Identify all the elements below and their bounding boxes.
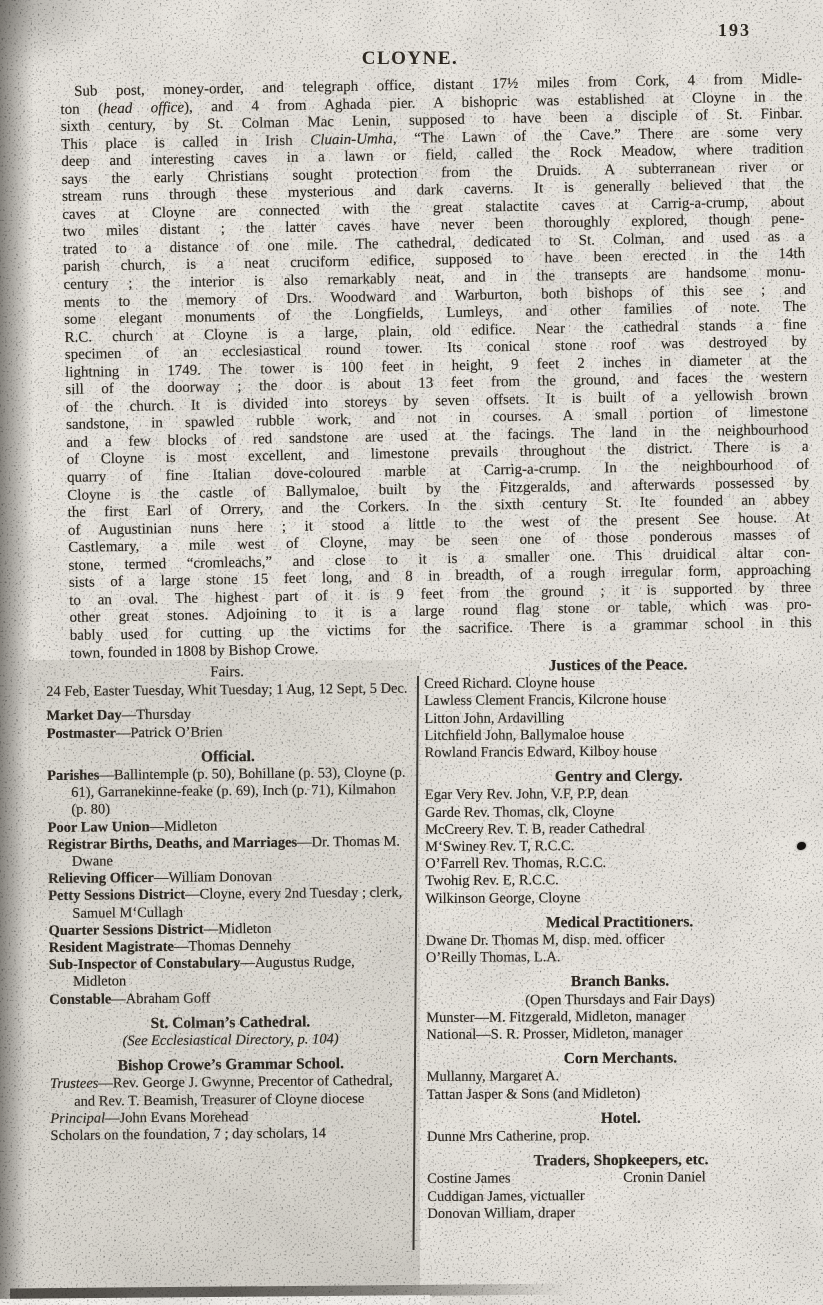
- text-segment: Principal: [50, 1110, 105, 1127]
- section: St. Colman’s Cathedral.(See Ecclesiastic…: [49, 1012, 411, 1051]
- text-segment: Trustees: [50, 1076, 98, 1092]
- text-segment: O’Farrell Rev. Thomas, R.C.C.: [425, 855, 606, 872]
- list-item: O’Reilly Thomas, L.A.: [426, 948, 814, 968]
- text-segment: Petty Sessions District: [48, 887, 185, 904]
- text-segment: Cronin Daniel: [623, 1170, 706, 1188]
- list-item: Rowland Francis Edward, Kilboy house: [425, 743, 813, 763]
- page-title: CLOYNE.: [40, 48, 780, 70]
- text-segment: Rowland Francis Edward, Kilboy house: [425, 744, 657, 761]
- section-heading: Medical Practitioners.: [426, 912, 814, 932]
- text-segment: Litton John, Ardavilling: [424, 710, 564, 727]
- section: Market Day—ThursdayPostmaster—Patrick O’…: [46, 705, 408, 743]
- text-segment: Relieving Officer: [48, 870, 154, 887]
- list-item: Registrar Births, Deaths, and Marriages—…: [48, 833, 410, 871]
- section: Gentry and Clergy.Egar Very Rev. John, V…: [425, 767, 814, 908]
- text-segment: —Midleton: [150, 818, 218, 835]
- section-heading: Official.: [47, 746, 409, 767]
- text-segment: —Rev. George J. Gwynne, Precentor of Cat…: [74, 1073, 393, 1109]
- text-segment: O’Reilly Thomas, L.A.: [426, 949, 561, 966]
- text-segment: —John Evans Morehead: [105, 1109, 249, 1126]
- text-segment: Registrar Births, Deaths, and Marriages: [48, 834, 298, 852]
- list-item: Scholars on the foundation, 7 ; day scho…: [50, 1125, 412, 1146]
- text-segment: Market Day: [46, 708, 121, 725]
- page-scan: 193 CLOYNE. Sub post, money-order, and t…: [0, 0, 823, 1305]
- text-segment: Quarter Sessions District: [48, 921, 203, 938]
- text-segment: Munster—M. Fitzgerald, Midleton, manager: [426, 1008, 685, 1026]
- section-heading: Fairs.: [46, 663, 408, 684]
- text-segment: Dunne Mrs Catherine, prop.: [427, 1128, 590, 1145]
- text-segment: Wilkinson George, Cloyne: [425, 890, 580, 907]
- section: Traders, Shopkeepers, etc.Costine JamesC…: [427, 1151, 815, 1223]
- text-segment: McCreery Rev. T. B, reader Cathedral: [425, 820, 645, 837]
- list-item: Trustees—Rev. George J. Gwynne, Precento…: [50, 1073, 412, 1111]
- section: Fairs.24 Feb, Easter Tuesday, Whit Tuesd…: [46, 663, 408, 702]
- section-heading: Branch Banks.: [426, 972, 814, 992]
- section-heading: Justices of the Peace.: [424, 656, 812, 676]
- text-segment: Poor Law Union: [47, 819, 149, 836]
- text-segment: Tattan Jasper & Sons (and Midleton): [427, 1085, 641, 1102]
- text-segment: Cluain-Umha: [310, 131, 393, 148]
- list-item: National—S. R. Prosser, Midleton, manage…: [426, 1025, 814, 1045]
- text-segment: Garde Rev. Thomas, clk, Cloyne: [425, 803, 614, 820]
- page-left-edge-shadow: [0, 0, 34, 1305]
- section-heading: Bishop Crowe’s Grammar School.: [50, 1055, 412, 1076]
- intro-paragraph: Sub post, money-order, and telegraph off…: [60, 71, 812, 663]
- text-segment: Lawless Clement Francis, Kilcrone house: [424, 692, 666, 709]
- text-segment: —Thomas Dennehy: [174, 938, 291, 955]
- text-segment: National—S. R. Prosser, Midleton, manage…: [426, 1025, 682, 1043]
- section: Justices of the Peace.Creed Richard. Clo…: [424, 656, 813, 763]
- text-segment: ton (: [60, 101, 103, 118]
- text-segment: 24 Feb, Easter Tuesday, Whit Tuesday; 1 …: [46, 681, 407, 700]
- section: Official.Parishes—Ballintemple (p. 50), …: [47, 746, 411, 1009]
- section: Hotel.Dunne Mrs Catherine, prop.: [427, 1108, 815, 1146]
- text-segment: Creed Richard. Cloyne house: [424, 675, 595, 692]
- text-segment: Scholars on the foundation, 7 ; day scho…: [50, 1125, 326, 1144]
- text-segment: Egar Very Rev. John, V.F, P.P, dean: [425, 786, 628, 803]
- text-segment: Postmaster: [47, 725, 116, 742]
- section-heading: Gentry and Clergy.: [425, 767, 813, 787]
- text-segment: —Ballintemple (p. 50), Bohillane (p. 53)…: [71, 765, 405, 819]
- left-column: Fairs.24 Feb, Easter Tuesday, Whit Tuesd…: [46, 663, 413, 1146]
- section-heading: Hotel.: [427, 1108, 815, 1128]
- text-segment: —William Donovan: [154, 869, 272, 886]
- section: Medical Practitioners.Dwane Dr. Thomas M…: [426, 912, 814, 967]
- right-column: Justices of the Peace.Creed Richard. Clo…: [424, 656, 815, 1223]
- text-segment: Dwane Dr. Thomas M, disp. med. officer: [426, 932, 665, 949]
- section-heading: Corn Merchants.: [426, 1049, 814, 1069]
- section: Bishop Crowe’s Grammar School.Trustees—R…: [50, 1055, 413, 1145]
- list-item: Wilkinson George, Cloyne: [425, 888, 813, 908]
- text-segment: Cuddigan James, victualler: [427, 1188, 585, 1205]
- text-segment: —Midleton: [204, 921, 272, 938]
- page-number: 193: [718, 20, 751, 41]
- text-segment: Donovan William, draper: [427, 1205, 575, 1222]
- section-subheading: (See Ecclesiastical Directory, p. 104): [50, 1031, 412, 1052]
- list-item: Sub-Inspector of Constabulary—Augustus R…: [49, 954, 411, 992]
- text-segment: Resident Magistrate: [49, 939, 174, 956]
- text-segment: —Abraham Goff: [111, 990, 210, 1007]
- text-segment: town, founded in 1808 by Bishop Crowe.: [70, 641, 319, 661]
- text-segment: Mullanny, Margaret A.: [427, 1069, 560, 1086]
- text-segment: —Patrick O’Brien: [116, 724, 223, 741]
- text-segment: head office: [103, 99, 184, 116]
- text-segment: —Thursday: [122, 707, 191, 724]
- list-item: 24 Feb, Easter Tuesday, Whit Tuesday; 1 …: [46, 681, 408, 702]
- section-heading: Traders, Shopkeepers, etc.: [427, 1151, 815, 1171]
- list-item: Constable—Abraham Goff: [49, 988, 411, 1009]
- text-segment: Parishes: [47, 768, 100, 785]
- section: Branch Banks.(Open Thursdays and Fair Da…: [426, 972, 814, 1044]
- text-segment: Constable: [49, 991, 111, 1008]
- section-heading: St. Colman’s Cathedral.: [49, 1012, 411, 1033]
- section: Corn Merchants.Mullanny, Margaret A.Tatt…: [426, 1049, 814, 1104]
- text-segment: Litchfield John, Ballymaloe house: [424, 727, 624, 744]
- list-item: Tattan Jasper & Sons (and Midleton): [427, 1084, 815, 1104]
- list-item: Donovan William, draper: [427, 1204, 815, 1224]
- list-item: Petty Sessions District—Cloyne, every 2n…: [48, 885, 410, 923]
- text-segment: M‘Swiney Rev. T, R.C.C.: [425, 838, 574, 855]
- text-segment: Sub-Inspector of Constabulary: [49, 955, 241, 973]
- list-item: Postmaster—Patrick O’Brien: [47, 722, 409, 743]
- text-segment: Costine James: [427, 1170, 623, 1188]
- list-item: Parishes—Ballintemple (p. 50), Bohillane…: [47, 765, 409, 820]
- text-segment: Twohig Rev. E, R.C.C.: [425, 873, 558, 890]
- list-item: Dunne Mrs Catherine, prop.: [427, 1127, 815, 1147]
